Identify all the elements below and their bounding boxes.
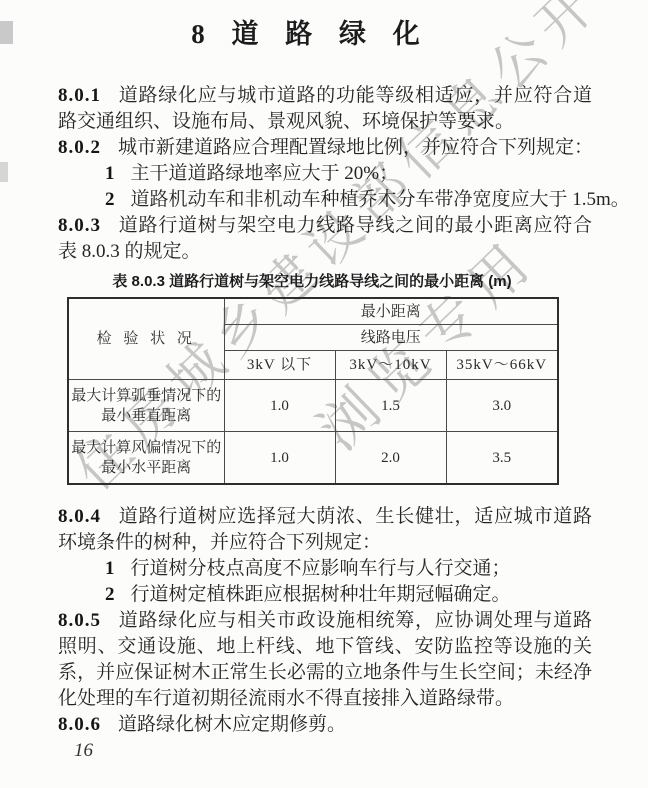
clause-text: 道路行道树应选择冠大荫浓、生长健壮，适应城市道路环境条件的树种，并应符合下列规定… [58,506,592,553]
item-number: 2 [105,189,115,210]
chapter-title: 8 道 路 绿 化 [0,12,618,51]
document-page: 住房城乡建设部信息公开 浏览专用 8 道 路 绿 化 8.0.1道路绿化应与城市… [0,0,648,788]
corner-header-cell: 检 验 状 况 [68,298,224,380]
clause-number: 8.0.2 [58,137,101,158]
table-row: 最大计算弧垂情况下的 最小垂直距离 1.0 1.5 3.0 [68,380,558,432]
row-label-cell: 最大计算风偏情况下的 最小水平距离 [68,432,224,485]
table-row: 最大计算风偏情况下的 最小水平距离 1.0 2.0 3.5 [68,432,558,485]
page-body: 8.0.1道路绿化应与城市道路的功能等级相适应，并应符合道路交通组织、设施布局、… [58,83,592,738]
table-header-row-1: 检 验 状 况 最小距离 [68,298,558,325]
row-label-cell: 最大计算弧垂情况下的 最小垂直距离 [68,380,224,432]
item-text: 主干道道路绿地率应大于 20%； [131,163,399,184]
clause-text: 道路绿化应与城市道路的功能等级相适应，并应符合道路交通组织、设施布局、景观风貌、… [58,85,592,132]
col-header-cell: 35kV～66kV [446,351,558,380]
item-number: 2 [105,584,115,605]
value-cell: 3.5 [446,432,558,485]
clause-8-0-2-item-2: 2道路机动车和非机动车种植乔木分车带净宽度应大于 1.5m。 [58,187,592,213]
clause-number: 8.0.4 [58,506,101,527]
table-caption: 表 8.0.3 道路行道树与架空电力线路导线之间的最小距离 (m) [67,272,557,292]
clause-8-0-4-item-2: 2行道树定植株距应根据树种壮年期冠幅确定。 [58,582,592,608]
clause-number: 8.0.6 [58,714,101,735]
clause-text: 道路绿化应与相关市政设施相统筹，应协调处理与道路照明、交通设施、地上杆线、地下管… [58,610,592,709]
clause-8-0-5: 8.0.5道路绿化应与相关市政设施相统筹，应协调处理与道路照明、交通设施、地上杆… [58,608,592,712]
value-cell: 3.0 [446,380,558,432]
clause-8-0-4: 8.0.4道路行道树应选择冠大荫浓、生长健壮，适应城市道路环境条件的树种，并应符… [58,504,592,556]
clause-8-0-4-item-1: 1行道树分枝点高度不应影响车行与人行交通； [58,556,592,582]
scan-artifact-left [0,162,8,182]
clause-8-0-1: 8.0.1道路绿化应与城市道路的功能等级相适应，并应符合道路交通组织、设施布局、… [58,83,592,135]
value-cell: 1.5 [335,380,446,432]
item-number: 1 [105,558,115,579]
clause-number: 8.0.3 [58,215,101,236]
value-cell: 1.0 [224,432,335,485]
clause-8-0-2: 8.0.2城市新建道路应合理配置绿地比例，并应符合下列规定： [58,135,592,161]
clause-number: 8.0.5 [58,610,101,631]
min-distance-table: 检 验 状 况 最小距离 线路电压 3kV 以下 3kV～10kV 35kV～6… [67,297,559,485]
clause-8-0-2-item-1: 1主干道道路绿地率应大于 20%； [58,161,592,187]
clause-text: 道路行道树与架空电力线路导线之间的最小距离应符合表 8.0.3 的规定。 [58,215,592,262]
item-text: 行道树定植株距应根据树种壮年期冠幅确定。 [131,584,511,605]
clause-number: 8.0.1 [58,85,101,106]
item-text: 道路机动车和非机动车种植乔木分车带净宽度应大于 1.5m。 [131,189,630,210]
clause-8-0-3: 8.0.3道路行道树与架空电力线路导线之间的最小距离应符合表 8.0.3 的规定… [58,213,592,265]
value-cell: 1.0 [224,380,335,432]
col-header-cell: 3kV 以下 [224,351,335,380]
item-number: 1 [105,163,115,184]
sub-header-cell: 线路电压 [224,325,558,351]
value-cell: 2.0 [335,432,446,485]
clause-8-0-6: 8.0.6道路绿化树木应定期修剪。 [58,712,592,738]
page-number: 16 [74,740,93,762]
clause-text: 道路绿化树木应定期修剪。 [118,714,346,735]
col-header-cell: 3kV～10kV [335,351,446,380]
item-text: 行道树分枝点高度不应影响车行与人行交通； [131,558,511,579]
clause-text: 城市新建道路应合理配置绿地比例，并应符合下列规定： [118,137,593,158]
group-header-cell: 最小距离 [224,298,558,325]
